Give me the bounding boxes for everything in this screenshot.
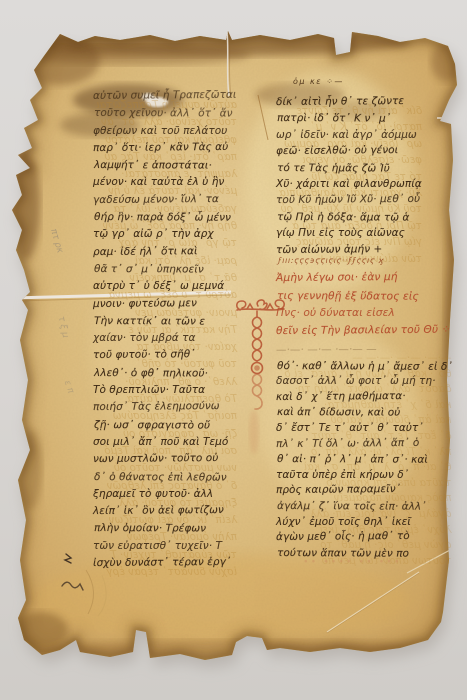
manuscript-line: πλ᾽ κ᾽ Τί ὅλ᾽ ω· ἀλλ᾽ ἄπ᾽ ὁ <box>276 436 452 453</box>
manuscript-line: ξηραμεῖ τὸ φυτοῦ· ἀλλ <box>93 488 237 505</box>
manuscript-line: αὐτρὺ τ᾽ ὑ δέξ᾽ ω μεμνά <box>93 280 237 297</box>
manuscript-line: θᾶ τ᾽ σ᾽ μ᾽ ὑπηκοεῖν <box>94 263 238 281</box>
manuscript-line: καὶ δ᾽ χ᾽ ἕτη μαθήματα· <box>276 389 452 406</box>
manuscript-line: τοῦτο χεῖνου· ἀλλ᾽ ὅτ᾽ ἄν <box>94 107 238 125</box>
manuscript-line: Τὸ θρεπτλιῶν· Ταῦτα <box>93 384 237 401</box>
manuscript-line: τῷ Πρὶ ἡ δόξα· ἅμα τῷ ἁ <box>277 211 423 228</box>
manuscript-line: παρ᾽ ὅτι· ἱερ᾽ κἂν Τὰς αὐ <box>93 141 237 159</box>
manuscript-line: πρὸς καιρῶν παραμεῖν᾽ <box>276 483 452 500</box>
manuscript-line: τοῦ Κῦ ἡμῶν Ἰῦ Χῦ· μεθ᾽ οὗ <box>276 193 422 211</box>
manuscript-line: ραμ· ἰδέ ήλ᾽ ὅτι καὶ <box>93 245 237 263</box>
manuscript-line: φεῶ· εἰσελθῶ· οὐ γένοι <box>276 144 422 162</box>
right-text-column-doxology: δίκ᾽ αἰτὶ ἦν θ᾽ τε ζῶντεπατρὶ· ἰδ᾽ ὅτ᾽ Κ… <box>276 96 422 260</box>
faded-ghost-band: ∙∙ ∙∙∙∙ ∙∙ ∙∙∙ <box>303 557 402 567</box>
column-header: ὁμ κε ⁘— <box>293 77 344 86</box>
rubric-line: θεῖν εἰς Τὴν βασιλείαν τοῦ Θῦ ⁘ <box>276 323 451 342</box>
manuscript-line: χαίαν· τὸν μβρά τα <box>93 332 237 349</box>
manuscript-line: δίκ᾽ αἰτὶ ἦν θ᾽ τε ζῶντε <box>276 95 422 113</box>
manuscript-line: λλεθ᾽· ὀ φθ᾽ πηλικοῦ· <box>94 367 238 385</box>
manuscript-line: δασοτ᾽ ἀλλ᾽ ὦ φοιτ᾽ ὦ μή τη· <box>276 375 452 391</box>
manuscript-line: σοι μιλ᾽ ἄπ᾽ ποῦ καὶ Τεμό <box>93 436 237 453</box>
filler-flourish-line: ϝııı:ϛϛϛ϶ϛϛıϛıϛ··ϝϝϛϛıϛ ϗ <box>278 256 384 265</box>
right-text-column-body: —·—· —·— ·—·— —θό᾽· καθ᾽ ἄλλων ἡ μ᾽ ἄμεσ… <box>276 344 452 562</box>
manuscript-line: λείπ᾽ ἱκ᾽ ὃν ἀεὶ φωτίζων <box>93 504 237 522</box>
manuscript-line: τῶν εὐρατισθ᾽ τυχεῖν· Τ <box>93 540 237 557</box>
manuscript-line: τοῦ φυτοῦ· τὸ σῆθ᾽ <box>93 348 237 366</box>
manuscript-line: λύχν᾽ ἐμοῦ τοῖς θηλ᾽ ἱκεῖ <box>276 516 452 532</box>
rubric-line: Πνς· οὐ δύναται εἰσελ <box>276 307 451 325</box>
manuscript-line: γαδεύσω μένον· ἴυλ᾽ τα <box>93 193 237 211</box>
manuscript-line: καὶ ἀπ᾽ δίδωσιν, καὶ οὐ <box>277 406 453 422</box>
manuscript-line: ωρ᾽ ἰδεῖν· καὶ ἀγρ᾽ ἀόμμω <box>276 129 422 145</box>
manuscript-line: Χῦ· χάριτι καὶ φιλανθρωπίᾳ <box>276 178 422 194</box>
manuscript-line: νων μυστλῶν· τοῦτο οὐ <box>93 452 237 470</box>
manuscript-line: θ᾽ αἱ· π᾽ ῥ᾽ λ᾽ μ᾽ ἀπ᾽ σ᾽· καὶ <box>277 453 453 469</box>
manuscript-line: ἀγὼν μεθ᾽ οἷς· ἡ μαθ᾽ τὸ <box>276 530 452 547</box>
manuscript-line: τό τε Τὰς ἡμᾶς ζῶ Ἰῦ <box>277 162 423 179</box>
manuscript-line: Τὴν καττίκ᾽ αι τῶν ε <box>94 315 238 333</box>
manuscript-line: πλὴν ὁμοίαν· Τρέφων <box>94 522 238 540</box>
manuscript-line: ζῇ· ωσ᾽ σφραγιστὸ οὔ <box>94 419 238 437</box>
manuscript-line: τῷ γρ᾽ αἰῶ ρ᾽ τὴν ἀρχ <box>93 228 237 245</box>
manuscript-line: θήρ ἣν· παρὰ δόξ᾽ ὦ μένν <box>94 211 238 229</box>
manuscript-line: λαμψήτ᾽ ε ἀποστάται· <box>94 159 238 177</box>
manuscript-line: ποιήσ᾽ Τὰς ἐλεημοσύνω <box>93 400 237 418</box>
photo-backdrop: αὐτῶν συμεῖ ἦ Τραπεζῶταιτοῦτο χεῖνου· ἀλ… <box>0 0 467 700</box>
manuscript-line: μνοιν· φυτεύσω μεν <box>93 296 237 314</box>
manuscript-line: δ᾽ ἔστ᾽ Τε τ᾽ αὐτ᾽ θ᾽ ταὐτ᾽ <box>276 422 452 438</box>
manuscript-line: γίῳ Πνι εἰς τοὺς αἰῶνας <box>276 227 422 243</box>
manuscript-line: μένον· καὶ ταὐτὰ ἐλ ὑ ἣν <box>93 176 237 193</box>
manuscript-line: ἰσχὺν δυνάστ᾽ τέραν ἐργ᾽ <box>93 556 237 574</box>
manuscript-line: δ᾽ ὁ θάνατος ἐπὶ λεθρῶν <box>94 471 238 489</box>
rubric-line: τις γεννηθῇ ἐξ ὕδατος εἰς <box>277 290 452 308</box>
rubric-block: Ἀμὴν λέγω σοι· ἐὰν μήτις γεννηθῇ ἐξ ὕδατ… <box>276 272 451 342</box>
manuscript-line: —·—· —·— ·—·— — <box>276 343 452 360</box>
left-text-column: αὐτῶν συμεῖ ἦ Τραπεζῶταιτοῦτο χεῖνου· ἀλ… <box>93 90 237 574</box>
manuscript-line: θό᾽· καθ᾽ ἄλλων ἡ μ᾽ ἄμεσ᾽ εἰ δ᾽ <box>277 360 453 376</box>
manuscript-line: ἀγάλμ᾽ ζ᾽ ἵνα τοῖς εἰπ· ἀλλ᾽ <box>277 500 453 516</box>
manuscript-line: φθείρων καὶ τοῦ πελάτου <box>93 125 237 142</box>
manuscript-line: αὐτῶν συμεῖ ἦ Τραπεζῶται <box>93 89 237 107</box>
manuscript-line: πατρὶ· ἰδ᾽ ὅτ᾽ Κ ν᾽ μ᾽ <box>277 112 423 129</box>
rubric-line: Ἀμὴν λέγω σοι· ἐὰν μή <box>276 271 451 290</box>
